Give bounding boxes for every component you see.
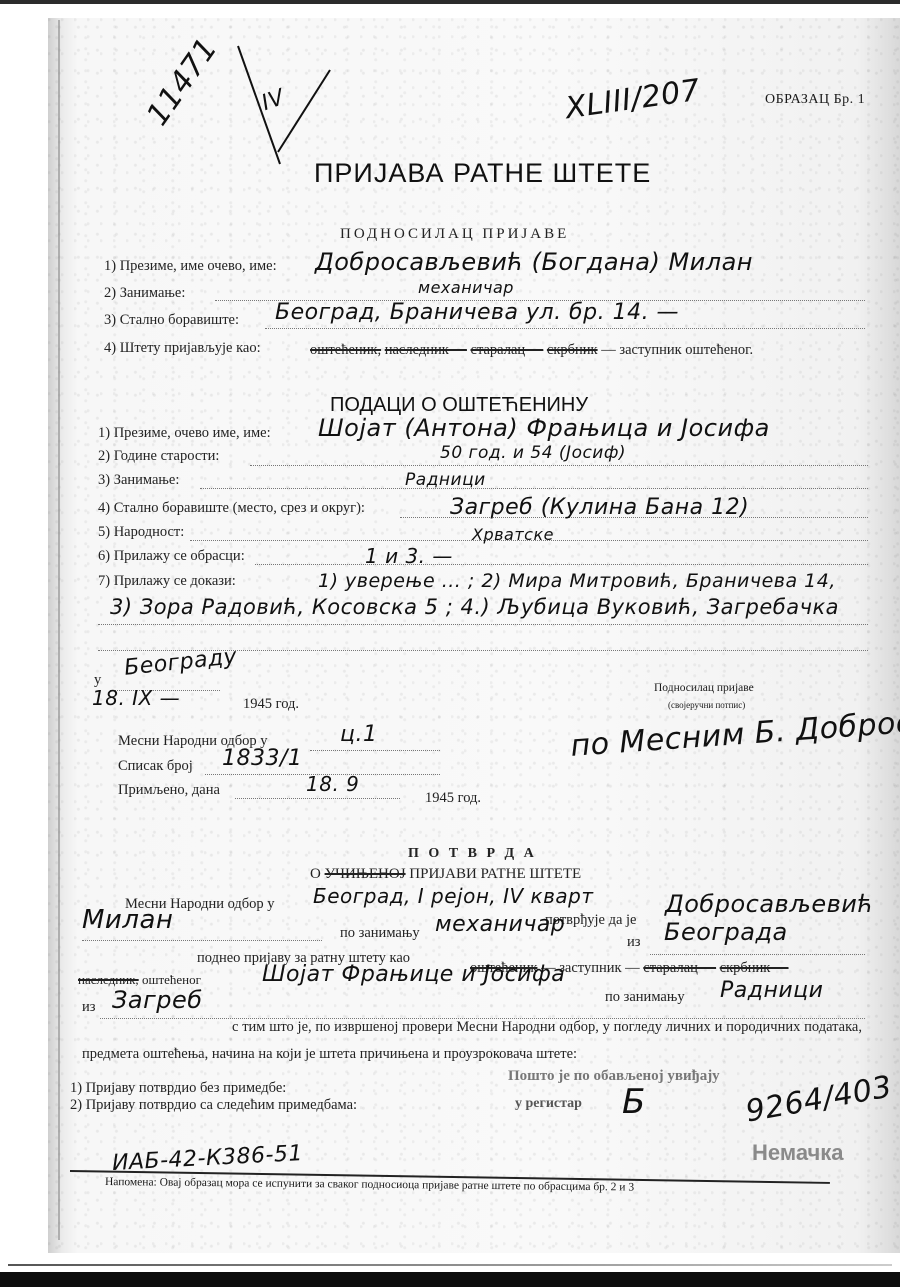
applicant-signature-sublabel: (својеручни потпис): [668, 700, 745, 710]
dotted-line: [650, 954, 865, 955]
victim-occupation-label: 3) Занимање:: [98, 472, 179, 489]
confirm-name-continuation: Милан: [82, 905, 173, 935]
confirm-occupation2-label: по занимању: [605, 989, 685, 1006]
dotted-line: [235, 798, 400, 799]
confirm-occupation2-value: Радници: [720, 978, 823, 1003]
capacity-option: скрбник: [547, 342, 598, 358]
date-year: 1945 год.: [243, 696, 299, 713]
attached-evidence-label: 7) Прилажу се докази:: [98, 573, 236, 590]
capacity-option: старалац —: [471, 342, 544, 358]
attached-evidence-value: 1) уверење ... ; 2) Мира Митровић, Брани…: [318, 570, 836, 592]
remarks-option-1: 1) Пријаву потврдио без примедбе:: [70, 1080, 286, 1097]
capacity-option: старалац —: [643, 960, 716, 976]
stamp-country: Немачка: [752, 1140, 844, 1166]
victim-residence-value: Загреб (Кулина Бана 12): [450, 495, 749, 520]
bottom-bar: [0, 1272, 900, 1287]
victim-occupation-value: Радници: [405, 470, 486, 490]
document-title: ПРИЈАВА РАТНЕ ШТЕТЕ: [314, 158, 651, 189]
victim-nationality-label: 5) Народност:: [98, 524, 184, 541]
section-heading-confirmation: П О Т В Р Д А: [408, 846, 537, 862]
victim-age-value: 50 год. и 54 (Јосиф): [440, 443, 626, 463]
page-fold-shadow: [58, 20, 60, 1240]
dotted-line: [265, 328, 865, 329]
capacity-option-selected: — заступник оштећеног.: [601, 342, 753, 358]
received-year: 1945 год.: [425, 790, 481, 807]
victim-name-value: Шојат (Антона) Фрањица и Јосифа: [318, 414, 770, 442]
top-border: [0, 0, 900, 4]
dotted-line: [200, 488, 868, 489]
subheading-rest: ПРИЈАВИ РАТНЕ ШТЕТЕ: [409, 866, 581, 882]
attached-forms-label: 6) Прилажу се обрасци:: [98, 548, 245, 565]
date-value: 18. IX —: [92, 686, 180, 710]
victim-age-label: 2) Године старости:: [98, 448, 219, 465]
subheading-prefix: О: [310, 866, 321, 882]
confirm-occupation-value: механичар: [435, 912, 565, 937]
victim-residence-label: 4) Стално боравиште (место, срез и округ…: [98, 500, 365, 517]
confirm-occupation-label: по занимању: [340, 925, 420, 942]
confirmation-body-text: с тим што је, по извршеној провери Месни…: [82, 1014, 862, 1068]
confirm-from-value: Београда: [664, 918, 788, 946]
stamp-line-2: у регистар: [515, 1096, 582, 1112]
applicant-signature-label: Подносилац пријаве: [654, 682, 754, 694]
applicant-residence-value: Београд, Браничева ул. бр. 14. —: [275, 300, 679, 325]
list-number-value: 1833/1: [222, 746, 302, 771]
victim-nationality-value: Хрватске: [472, 525, 554, 544]
received-label: Примљено, дана: [118, 782, 220, 799]
confirmation-subheading: О УЧИЊЕНОЈ ПРИЈАВИ РАТНЕ ШТЕТЕ: [310, 866, 581, 883]
subheading-struck: УЧИЊЕНОЈ: [325, 866, 406, 882]
victim-label: оштећеног: [142, 972, 201, 987]
stamp-handwritten-letter: Б: [622, 1082, 646, 1122]
confirms-value: Добросављевић: [665, 890, 874, 918]
confirm-from-label: из: [627, 934, 641, 951]
applicant-capacity-label: 4) Штету пријављује као:: [104, 340, 261, 357]
dotted-line: [310, 750, 440, 751]
remarks-option-2: 2) Пријаву потврдио са следећим примедба…: [70, 1097, 357, 1114]
scan-bottom-edge: [8, 1264, 892, 1266]
applicant-name-value: Добросављевић (Богдана) Милан: [315, 248, 753, 276]
heir-option: наследник,: [78, 972, 139, 987]
capacity-option: скрбник —: [720, 960, 789, 976]
applicant-occupation-label: 2) Занимање:: [104, 285, 185, 302]
form-number: ОБРАЗАЦ Бр. 1: [765, 92, 865, 108]
dotted-line: [98, 624, 868, 625]
applicant-occupation-value: механичар: [418, 278, 514, 297]
section-heading-applicant: ПОДНОСИЛАЦ ПРИЈАВЕ: [340, 226, 569, 243]
local-board-value: ц.1: [340, 722, 377, 747]
confirm-from2-value: Загреб: [112, 986, 203, 1014]
confirm-victim-value: Шојат Фрањице и Јосифа: [262, 962, 565, 987]
confirm-board-value: Београд, I рејон, IV кварт: [313, 884, 594, 908]
applicant-name-label: 1) Презиме, име очево, име:: [104, 258, 277, 275]
attached-evidence-value-line2: 3) Зора Радовић, Косовска 5 ; 4.) Љубица…: [110, 595, 839, 619]
victim-name-label: 1) Презиме, очево име, име:: [98, 425, 271, 442]
stamp-line-1: Пошто је по обављеној увиђају: [508, 1068, 720, 1085]
capacity-option: наследник —: [385, 342, 467, 358]
list-number-label: Списак број: [118, 758, 193, 775]
dotted-line: [250, 465, 868, 466]
capacity-option: оштећеник,: [310, 342, 381, 358]
applicant-capacity-options: оштећеник, наследник — старалац — скрбни…: [310, 342, 753, 359]
attached-forms-value: 1 и 3. —: [365, 544, 453, 568]
dotted-line: [255, 564, 868, 565]
applicant-residence-label: 3) Стално боравиште:: [104, 312, 239, 329]
dotted-line: [82, 940, 322, 941]
received-value: 18. 9: [306, 772, 359, 796]
